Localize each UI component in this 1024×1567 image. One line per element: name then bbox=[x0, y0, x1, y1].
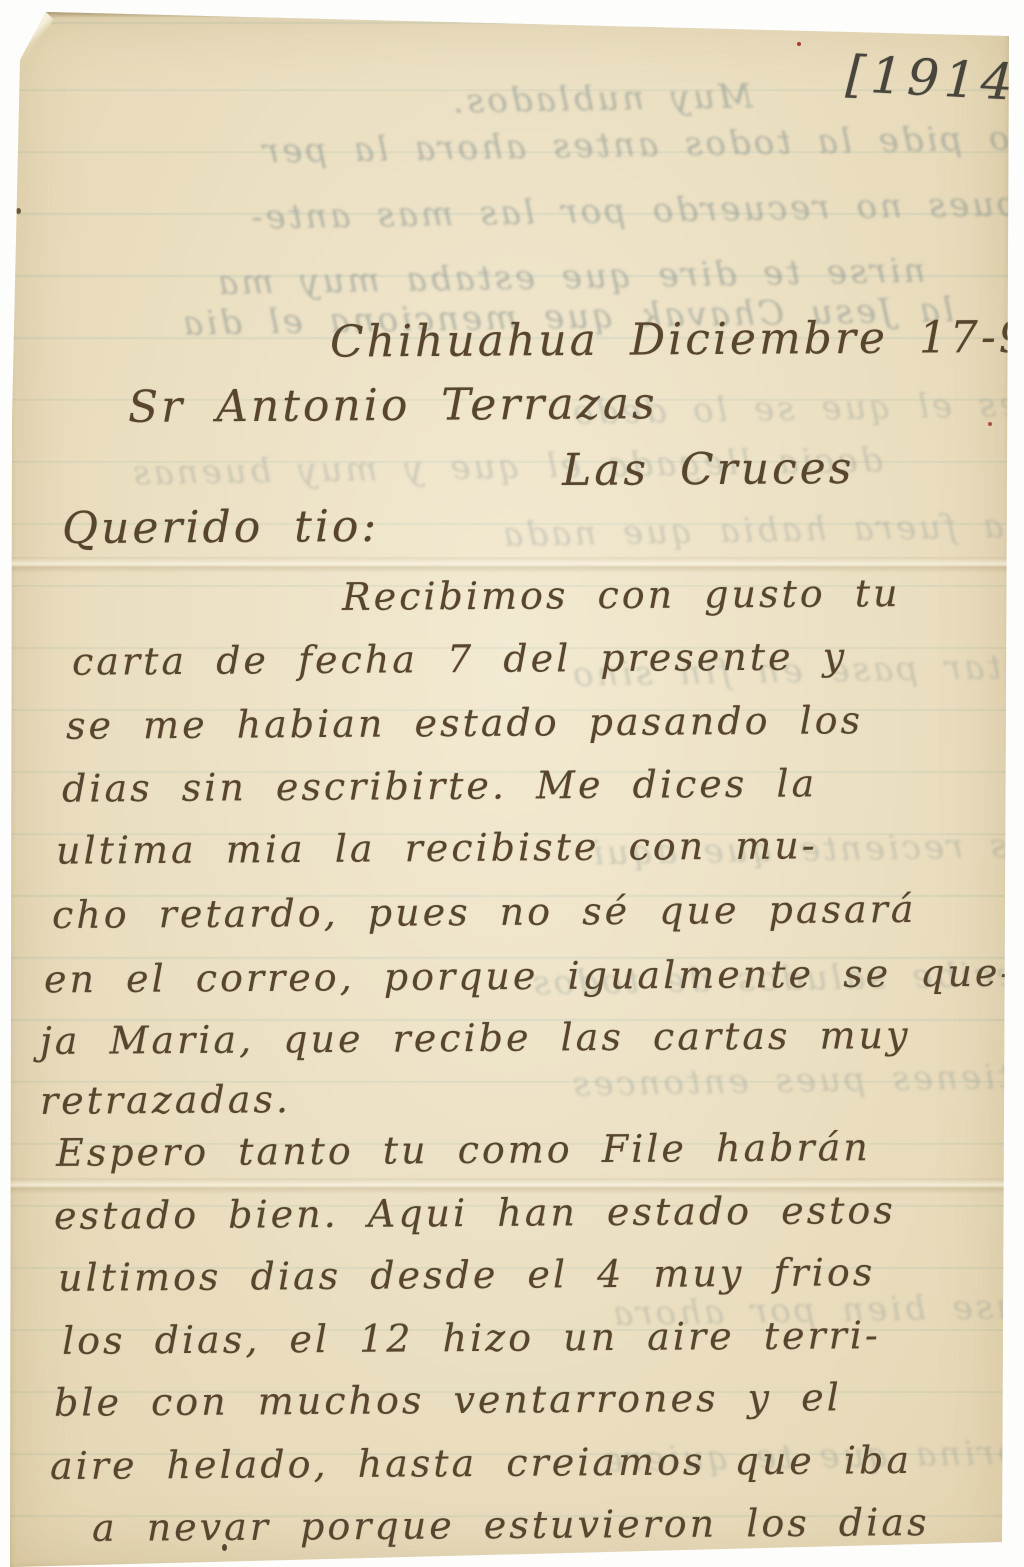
bleedthrough-line: llegara a tienes pues entonces bbox=[570, 1056, 1024, 1101]
bleedthrough-line: pues no recuerdo por las mas ante- bbox=[248, 187, 1019, 234]
addressee-line: Sr Antonio Terrazas bbox=[128, 382, 658, 430]
bleedthrough-line: Muy nublados. bbox=[450, 79, 753, 118]
letter-line: estado bien. Aqui han estado estos bbox=[54, 1191, 896, 1235]
letter-line: dias sin escribirte. Me dices la bbox=[62, 764, 817, 807]
letter-line: ultimos dias desde el 4 muy frios bbox=[58, 1253, 876, 1297]
letter-line: ble con muchos ventarrones y el bbox=[54, 1378, 842, 1421]
letter-line: en el correo, porque igualmente se que- bbox=[44, 954, 1017, 999]
bleedthrough-line: lo pide la todos antes ahora la per bbox=[260, 121, 1024, 168]
letter-line: ultima mia la recibiste con mu- bbox=[56, 826, 818, 869]
paper-speck bbox=[988, 422, 992, 426]
folded-corner bbox=[12, 12, 54, 64]
paper-top-edge-shadow bbox=[10, 12, 1009, 18]
year-annotation: [1914] bbox=[845, 45, 1024, 113]
paper-speck bbox=[797, 42, 801, 46]
paper-speck bbox=[16, 208, 21, 214]
letter-line: se me habian estado pasando los bbox=[66, 701, 863, 745]
letter-line: Recibimos con gusto tu bbox=[342, 574, 901, 616]
ink-speck bbox=[222, 1544, 227, 1551]
paper-sheet: Muy nublados. lo pide la todos antes aho… bbox=[10, 12, 1009, 1567]
dateline: Chihuahua Diciembre 17-916 bbox=[330, 315, 1024, 364]
letter-line: Espero tanto tu como File habrán bbox=[56, 1128, 871, 1172]
scanned-letter-page: Muy nublados. lo pide la todos antes aho… bbox=[0, 0, 1024, 1567]
letter-line: cho retardo, pues no sé que pasará bbox=[52, 890, 917, 934]
addressee-place: Las Cruces bbox=[562, 447, 855, 493]
letter-line: retrazadas. bbox=[40, 1080, 291, 1120]
bleedthrough-line: los que la fuera habia que nada bbox=[500, 506, 1024, 552]
letter-line: ja Maria, que recibe las cartas muy bbox=[40, 1016, 911, 1060]
letter-line: a nevar porque estuvieron los dias bbox=[92, 1503, 930, 1547]
salutation: Querido tio: bbox=[62, 505, 380, 551]
letter-line: los dias, el 12 hizo un aire terri- bbox=[62, 1316, 881, 1360]
letter-line: carta de fecha 7 del presente y bbox=[72, 637, 847, 680]
letter-line: aire helado, hasta creiamos que iba bbox=[50, 1441, 912, 1485]
